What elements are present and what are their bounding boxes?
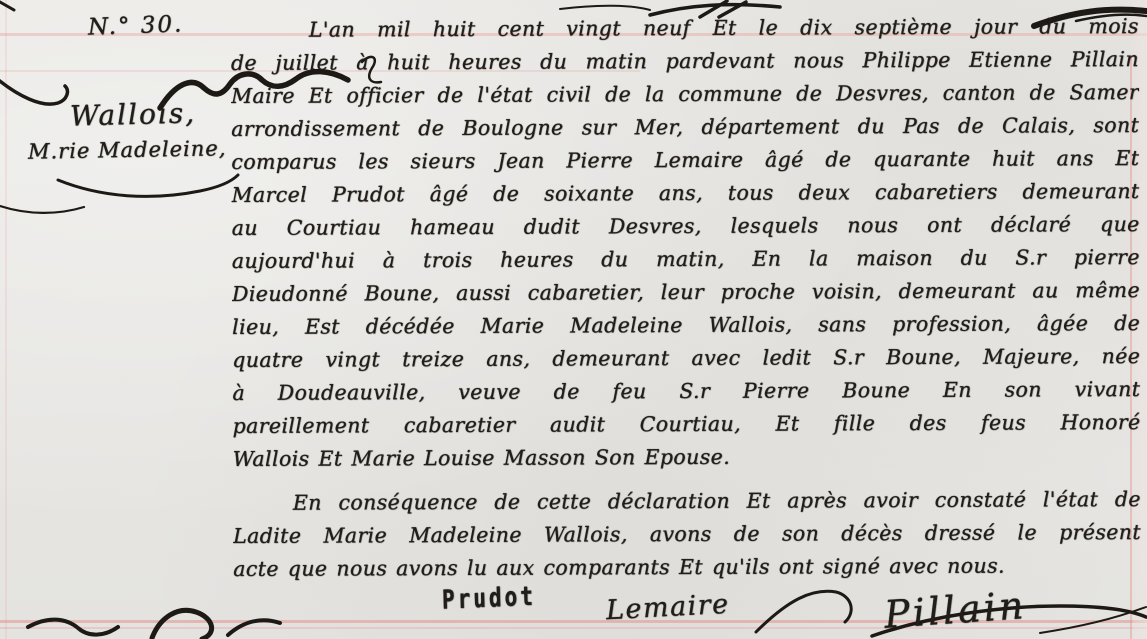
act-number: N.° 30. bbox=[88, 11, 184, 40]
act-line: quatre vingt treize ans, demeurant avec … bbox=[232, 340, 1140, 377]
act-line: Dieudonné Boune, aussi cabaretier, leur … bbox=[232, 274, 1140, 311]
act-line: de juillet à huit heures du matin pardev… bbox=[231, 43, 1139, 80]
act-line: à Doudeauville, veuve de feu S.r Pierre … bbox=[232, 373, 1140, 410]
act-body: L'an mil huit cent vingt neuf Et le dix … bbox=[231, 10, 1141, 586]
act-line: Marcel Prudot âgé de soixante ans, tous … bbox=[231, 175, 1139, 212]
act-paragraph-main: L'an mil huit cent vingt neuf Et le dix … bbox=[231, 10, 1141, 476]
register-page-scan: N.° 30. Wallois, M.rie Madeleine, L'an m… bbox=[0, 0, 1147, 639]
act-line: Ladite Marie Madeleine Wallois, avons de… bbox=[233, 516, 1141, 553]
act-line: lieu, Est décédée Marie Madeleine Walloi… bbox=[232, 307, 1140, 344]
act-line: En conséquence de cette déclaration Et a… bbox=[233, 483, 1141, 520]
act-line: acte que nous avons lu aux comparants Et… bbox=[233, 549, 1141, 586]
act-paragraph-closing: En conséquence de cette déclaration Et a… bbox=[233, 483, 1141, 586]
act-line: Wallois Et Marie Louise Masson Son Epous… bbox=[233, 439, 1141, 476]
ruled-line-left-edge bbox=[5, 0, 7, 639]
signature-maire: Pillain bbox=[883, 583, 1028, 637]
act-line: pareillement cabaretier audit Courtiau, … bbox=[232, 406, 1140, 443]
act-line: L'an mil huit cent vingt neuf Et le dix … bbox=[231, 10, 1139, 47]
signature-prudot: Prudot bbox=[442, 581, 537, 615]
margin-deceased-surname: Wallois, bbox=[70, 96, 197, 132]
act-line: comparus les sieurs Jean Pierre Lemaire … bbox=[231, 142, 1139, 179]
act-line: aujourd'hui à trois heures du matin, En … bbox=[232, 241, 1140, 278]
signature-lemaire: Lemaire bbox=[605, 589, 730, 626]
margin-deceased-firstname: M.rie Madeleine, bbox=[28, 136, 227, 163]
act-line: arrondissement de Boulogne sur Mer, dépa… bbox=[231, 109, 1139, 146]
act-line: au Courtiau hameau dudit Desvres, lesque… bbox=[232, 208, 1140, 245]
act-line: Maire Et officier de l'état civil de la … bbox=[231, 76, 1139, 113]
